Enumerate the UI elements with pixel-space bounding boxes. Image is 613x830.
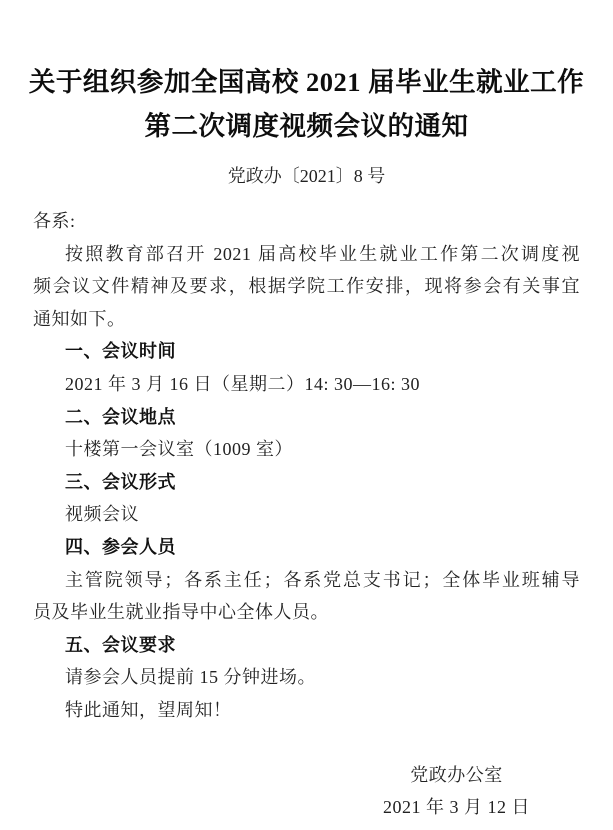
section-heading-meeting-format: 三、会议形式 [33, 466, 580, 499]
signature-organization: 党政办公室 [383, 759, 530, 792]
section-content-meeting-time: 2021 年 3 月 16 日（星期二）14: 30—16: 30 [33, 368, 580, 401]
intro-paragraph-line: 通知如下。 [33, 303, 580, 336]
document-body: 各系: 按照教育部召开 2021 届高校毕业生就业工作第二次调度视 频会议文件精… [33, 205, 580, 824]
section-content-participants-line: 员及毕业生就业指导中心全体人员。 [33, 596, 580, 629]
section-heading-meeting-requirements: 五、会议要求 [33, 629, 580, 662]
document-title-line-2: 第二次调度视频会议的通知 [18, 104, 595, 148]
salutation: 各系: [33, 205, 580, 238]
intro-paragraph-line: 频会议文件精神及要求，根据学院工作安排，现将参会有关事宜 [33, 270, 580, 303]
section-content-meeting-requirements: 请参会人员提前 15 分钟进场。 [33, 661, 580, 694]
signature-block: 党政办公室 2021 年 3 月 12 日 [383, 759, 530, 824]
document-number: 党政办〔2021〕8 号 [0, 160, 613, 193]
section-content-meeting-place: 十楼第一会议室（1009 室） [33, 433, 580, 466]
section-heading-meeting-place: 二、会议地点 [33, 401, 580, 434]
section-heading-meeting-time: 一、会议时间 [33, 335, 580, 368]
intro-paragraph-line: 按照教育部召开 2021 届高校毕业生就业工作第二次调度视 [33, 238, 580, 271]
notice-document-page: 关于组织参加全国高校 2021 届毕业生就业工作 第二次调度视频会议的通知 党政… [0, 0, 613, 830]
document-title-line-1: 关于组织参加全国高校 2021 届毕业生就业工作 [18, 60, 595, 104]
document-title: 关于组织参加全国高校 2021 届毕业生就业工作 第二次调度视频会议的通知 [18, 60, 595, 148]
section-content-participants-line: 主管院领导；各系主任；各系党总支书记；全体毕业班辅导 [33, 564, 580, 597]
signature-date: 2021 年 3 月 12 日 [383, 791, 530, 824]
section-heading-participants: 四、参会人员 [33, 531, 580, 564]
closing-remark: 特此通知，望周知！ [33, 694, 580, 727]
section-content-meeting-format: 视频会议 [33, 498, 580, 531]
